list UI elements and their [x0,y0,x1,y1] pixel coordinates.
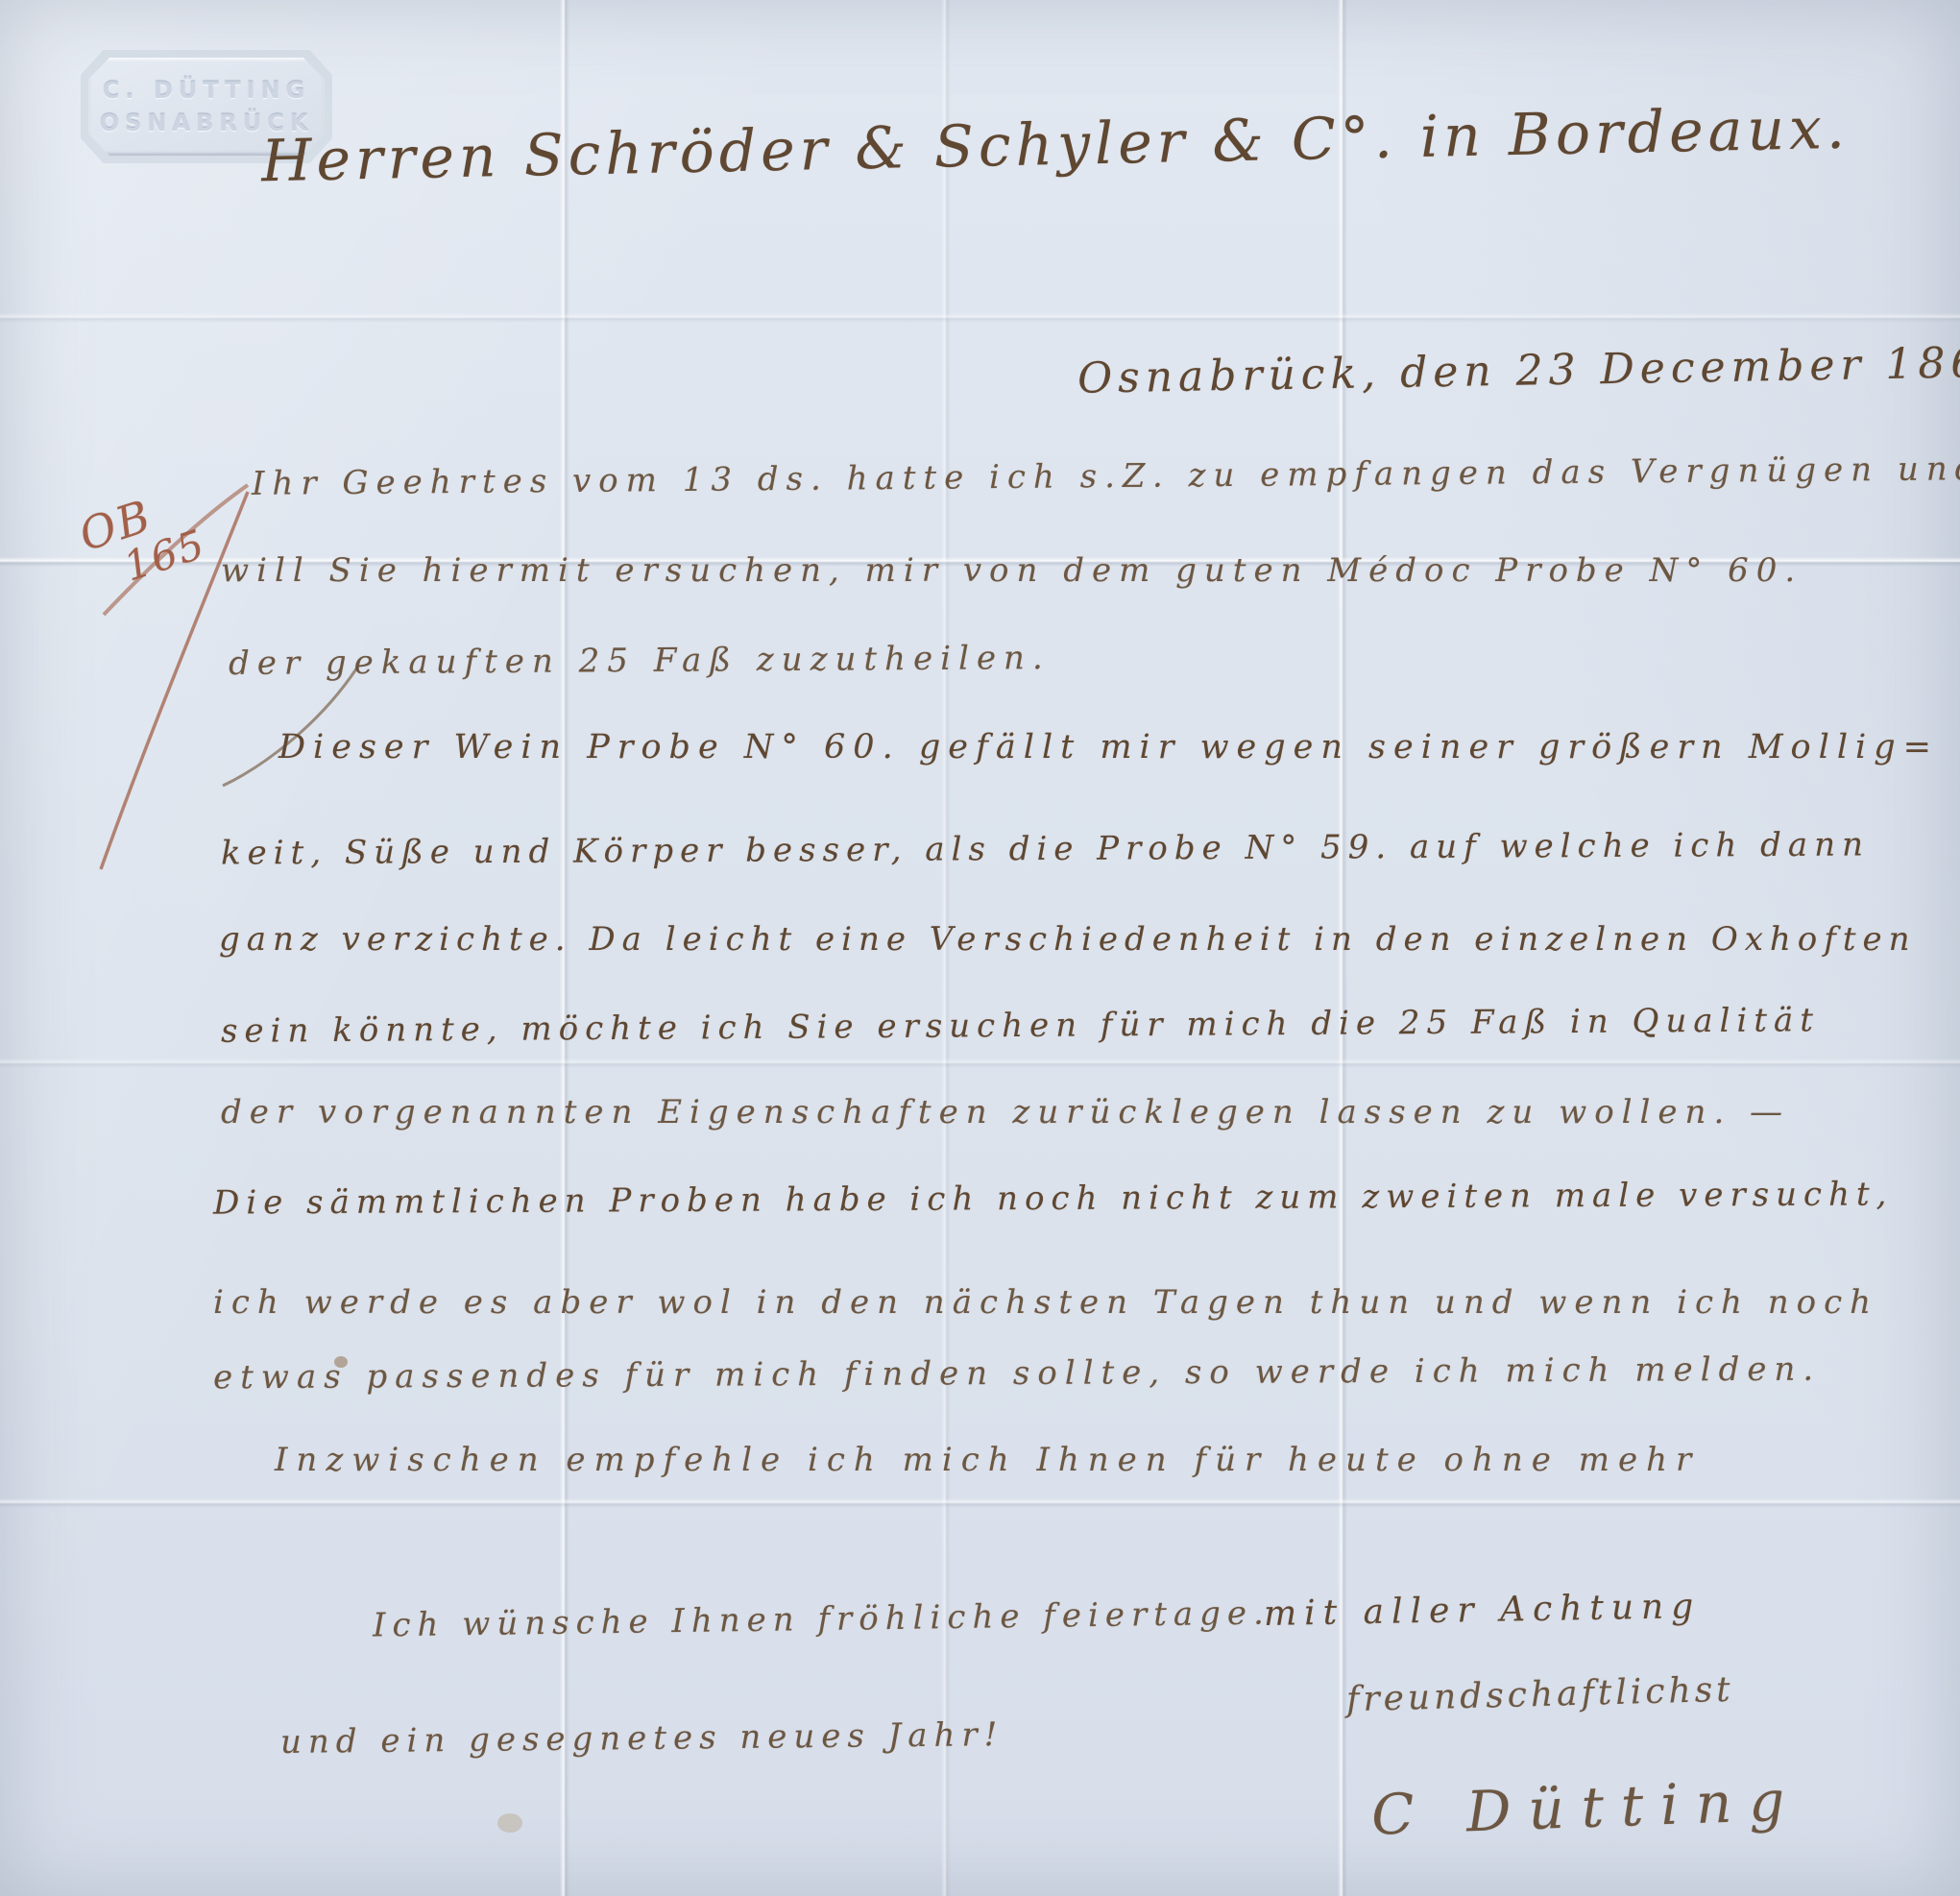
salutation-line: Herren Schröder & Schyler & C°. in Borde… [260,95,1850,196]
stamp-name-text: C. DÜTTING [103,77,311,104]
dateline: Osnabrück, den 23 December 1864. [1077,337,1960,402]
letter-page: C. DÜTTING OSNABRÜCK OB 165 Herren Schrö… [0,0,1960,1896]
closing-regards: mit aller Achtung [1264,1587,1702,1634]
horizontal-fold-crease [0,1498,1960,1508]
closing-new-year: und ein gesegnetes neues Jahr! [280,1715,1004,1762]
body-line-1: Ihr Geehrtes vom 13 ds. hatte ich s.Z. z… [252,450,1960,503]
paper-stain [497,1813,522,1833]
body-line-7: sein könnte, möchte ich Sie ersuchen für… [221,1001,1820,1051]
body-line-11: etwas passendes für mich finden sollte, … [213,1350,1821,1398]
body-line-9: Die sämmtlichen Proben habe ich noch nic… [213,1175,1894,1222]
horizontal-fold-crease [0,1058,1960,1068]
body-line-3: der gekauften 25 Faß zuzutheilen. [229,639,1051,683]
body-line-10: ich werde es aber wol in den nächsten Ta… [213,1283,1878,1322]
body-line-6: ganz verzichte. Da leicht eine Verschied… [219,920,1917,959]
body-line-2: will Sie hiermit ersuchen, mir von dem g… [221,551,1803,590]
body-line-12: Inzwischen empfehle ich mich Ihnen für h… [275,1441,1700,1479]
body-line-5: keit, Süße und Körper besser, als die Pr… [221,826,1870,873]
horizontal-fold-crease [0,313,1960,323]
closing-wishes: Ich wünsche Ihnen fröhliche feiertage. [373,1593,1270,1644]
body-line-8: der vorgenannten Eigenschaften zurückleg… [221,1093,1790,1131]
closing-friendly: freundschaftlichst [1346,1670,1735,1720]
body-line-4: Dieser Wein Probe N° 60. gefällt mir weg… [278,728,1939,766]
signature: C Dütting [1370,1767,1803,1848]
margin-registry-note: OB 165 [73,476,211,600]
